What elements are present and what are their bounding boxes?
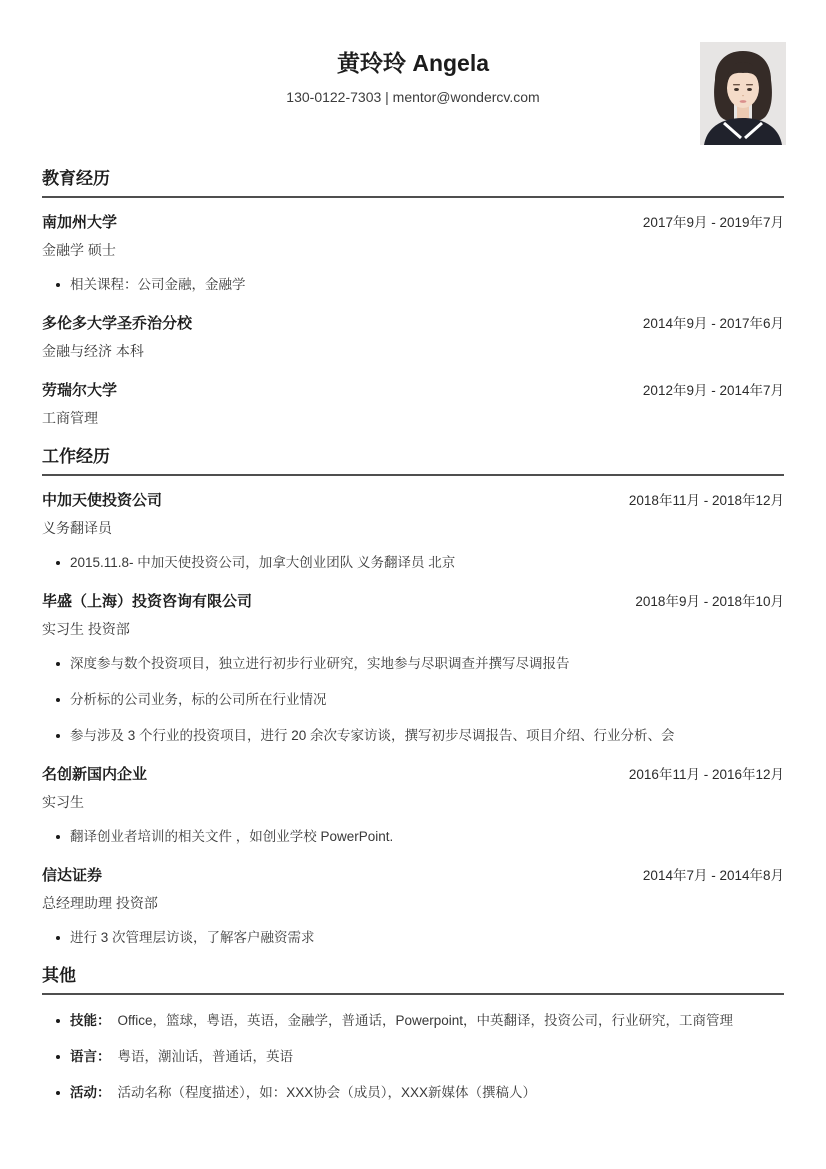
labeled-bullet-list: 技能：Office，篮球，粤语，英语，金融学，普通话，Powerpoint，中英… [42,1012,784,1101]
entry-subtitle: 工商管理 [42,410,784,427]
entry-subtitle: 义务翻译员 [42,520,784,537]
entry-organization: 多伦多大学圣乔治分校 [42,314,192,333]
entry-daterange: 2016年11月 - 2016年12月 [629,766,784,783]
entry-head: 多伦多大学圣乔治分校 2014年9月 - 2017年6月 [42,314,784,333]
bullet-text: 参与涉及 3 个行业的投资项目，进行 20 余次专家访谈，撰写初步尽调报告、项目… [70,728,675,743]
entry-bullet-list: 进行 3 次管理层访谈，了解客户融资需求 [42,929,784,946]
section-title: 工作经历 [42,446,784,467]
bullet-content: 2015.11.8- 中加天使投资公司，加拿大创业团队 义务翻译员 北京 [70,554,455,571]
bullet-item: 2015.11.8- 中加天使投资公司，加拿大创业团队 义务翻译员 北京 [42,554,784,571]
sections: 教育经历 南加州大学 2017年9月 - 2019年7月 金融学 硕士 相关课程… [42,168,784,1101]
section-body: 南加州大学 2017年9月 - 2019年7月 金融学 硕士 相关课程：公司金融… [42,213,784,427]
section-body: 技能：Office，篮球，粤语，英语，金融学，普通话，Powerpoint，中英… [42,1012,784,1101]
bullet-content: 翻译创业者培训的相关文件 ，如创业学校 PowerPoint. [70,828,393,845]
labeled-bullet-item: 技能：Office，篮球，粤语，英语，金融学，普通话，Powerpoint，中英… [42,1012,784,1029]
entry-organization: 中加天使投资公司 [42,491,162,510]
entry-organization: 劳瑞尔大学 [42,381,117,400]
resume-entry: 多伦多大学圣乔治分校 2014年9月 - 2017年6月 金融与经济 本科 [42,314,784,360]
bullet-text: 进行 3 次管理层访谈，了解客户融资需求 [70,930,315,945]
bullet-dot [56,835,60,839]
bullet-item: 进行 3 次管理层访谈，了解客户融资需求 [42,929,784,946]
labeled-bullet-item: 活动：活动名称（程度描述），如：XXX协会（成员），XXX新媒体（撰稿人） [42,1084,784,1101]
bullet-item: 翻译创业者培训的相关文件 ，如创业学校 PowerPoint. [42,828,784,845]
resume-section: 其他 技能：Office，篮球，粤语，英语，金融学，普通话，Powerpoint… [42,965,784,1101]
entry-daterange: 2017年9月 - 2019年7月 [643,214,784,231]
resume-section: 教育经历 南加州大学 2017年9月 - 2019年7月 金融学 硕士 相关课程… [42,168,784,427]
resume-entry: 毕盛（上海）投资咨询有限公司 2018年9月 - 2018年10月 实习生 投资… [42,592,784,744]
resume-entry: 信达证券 2014年7月 - 2014年8月 总经理助理 投资部 进行 3 次管… [42,866,784,946]
bullet-content: 进行 3 次管理层访谈，了解客户融资需求 [70,929,315,946]
entry-head: 南加州大学 2017年9月 - 2019年7月 [42,213,784,232]
bullet-dot [56,1055,60,1059]
bullet-text: 2015.11.8- 中加天使投资公司，加拿大创业团队 义务翻译员 北京 [70,555,455,570]
entry-daterange: 2014年7月 - 2014年8月 [643,867,784,884]
entry-head: 名创新国内企业 2016年11月 - 2016年12月 [42,765,784,784]
resume-section: 工作经历 中加天使投资公司 2018年11月 - 2018年12月 义务翻译员 … [42,446,784,946]
bullet-item: 参与涉及 3 个行业的投资项目，进行 20 余次专家访谈，撰写初步尽调报告、项目… [42,727,784,744]
section-divider [42,474,784,476]
entry-head: 中加天使投资公司 2018年11月 - 2018年12月 [42,491,784,510]
bullet-label: 活动： [70,1085,111,1100]
entry-organization: 名创新国内企业 [42,765,147,784]
resume-entry: 劳瑞尔大学 2012年9月 - 2014年7月 工商管理 [42,381,784,427]
bullet-item: 深度参与数个投资项目，独立进行初步行业研究，实地参与尽职调查并撰写尽调报告 [42,655,784,672]
entry-subtitle: 实习生 [42,794,784,811]
bullet-content: 活动：活动名称（程度描述），如：XXX协会（成员），XXX新媒体（撰稿人） [70,1084,536,1101]
bullet-text: Office，篮球，粤语，英语，金融学，普通话，Powerpoint，中英翻译，… [118,1013,734,1028]
resume-entry: 名创新国内企业 2016年11月 - 2016年12月 实习生 翻译创业者培训的… [42,765,784,845]
bullet-text: 翻译创业者培训的相关文件 ，如创业学校 PowerPoint. [70,829,393,844]
labeled-bullet-item: 语言：粤语，潮汕话，普通话，英语 [42,1048,784,1065]
bullet-dot [56,1091,60,1095]
entry-organization: 信达证券 [42,866,102,885]
resume-entry: 中加天使投资公司 2018年11月 - 2018年12月 义务翻译员 2015.… [42,491,784,571]
bullet-dot [56,698,60,702]
entry-head: 信达证券 2014年7月 - 2014年8月 [42,866,784,885]
profile-photo [700,42,786,145]
entry-bullet-list: 深度参与数个投资项目，独立进行初步行业研究，实地参与尽职调查并撰写尽调报告 分析… [42,655,784,744]
bullet-dot [56,936,60,940]
bullet-dot [56,662,60,666]
bullet-content: 分析标的公司业务，标的公司所在行业情况 [70,691,327,708]
bullet-item: 相关课程：公司金融，金融学 [42,276,784,293]
bullet-content: 语言：粤语，潮汕话，普通话，英语 [70,1048,293,1065]
bullet-label: 语言： [70,1049,111,1064]
bullet-text: 粤语，潮汕话，普通话，英语 [118,1049,294,1064]
section-divider [42,196,784,198]
entry-daterange: 2018年11月 - 2018年12月 [629,492,784,509]
bullet-dot [56,1019,60,1023]
bullet-text: 相关课程：公司金融，金融学 [70,277,246,292]
entry-subtitle: 金融与经济 本科 [42,343,784,360]
entry-subtitle: 实习生 投资部 [42,621,784,638]
bullet-content: 技能：Office，篮球，粤语，英语，金融学，普通话，Powerpoint，中英… [70,1012,733,1029]
entry-daterange: 2012年9月 - 2014年7月 [643,382,784,399]
entry-subtitle: 金融学 硕士 [42,242,784,259]
bullet-dot [56,561,60,565]
bullet-dot [56,283,60,287]
entry-daterange: 2018年9月 - 2018年10月 [635,593,784,610]
section-body: 中加天使投资公司 2018年11月 - 2018年12月 义务翻译员 2015.… [42,491,784,946]
section-title: 教育经历 [42,168,784,189]
bullet-text: 活动名称（程度描述），如：XXX协会（成员），XXX新媒体（撰稿人） [118,1085,537,1100]
resume-content: 教育经历 南加州大学 2017年9月 - 2019年7月 金融学 硕士 相关课程… [0,168,826,1101]
resume-page: 黄玲玲 Angela 130-0122-7303 | mentor@wonder… [0,0,826,1169]
entry-organization: 南加州大学 [42,213,117,232]
bullet-item: 分析标的公司业务，标的公司所在行业情况 [42,691,784,708]
bullet-text: 分析标的公司业务，标的公司所在行业情况 [70,692,327,707]
entry-head: 毕盛（上海）投资咨询有限公司 2018年9月 - 2018年10月 [42,592,784,611]
entry-bullet-list: 翻译创业者培训的相关文件 ，如创业学校 PowerPoint. [42,828,784,845]
entry-bullet-list: 2015.11.8- 中加天使投资公司，加拿大创业团队 义务翻译员 北京 [42,554,784,571]
entry-subtitle: 总经理助理 投资部 [42,895,784,912]
bullet-label: 技能： [70,1013,111,1028]
profile-photo-illustration [700,42,786,145]
section-title: 其他 [42,965,784,986]
entry-organization: 毕盛（上海）投资咨询有限公司 [42,592,252,611]
bullet-content: 参与涉及 3 个行业的投资项目，进行 20 余次专家访谈，撰写初步尽调报告、项目… [70,727,675,744]
entry-head: 劳瑞尔大学 2012年9月 - 2014年7月 [42,381,784,400]
entry-bullet-list: 相关课程：公司金融，金融学 [42,276,784,293]
entry-daterange: 2014年9月 - 2017年6月 [643,315,784,332]
bullet-content: 深度参与数个投资项目，独立进行初步行业研究，实地参与尽职调查并撰写尽调报告 [70,655,570,672]
section-divider [42,993,784,995]
bullet-dot [56,734,60,738]
bullet-content: 相关课程：公司金融，金融学 [70,276,246,293]
resume-entry: 南加州大学 2017年9月 - 2019年7月 金融学 硕士 相关课程：公司金融… [42,213,784,293]
bullet-text: 深度参与数个投资项目，独立进行初步行业研究，实地参与尽职调查并撰写尽调报告 [70,656,570,671]
